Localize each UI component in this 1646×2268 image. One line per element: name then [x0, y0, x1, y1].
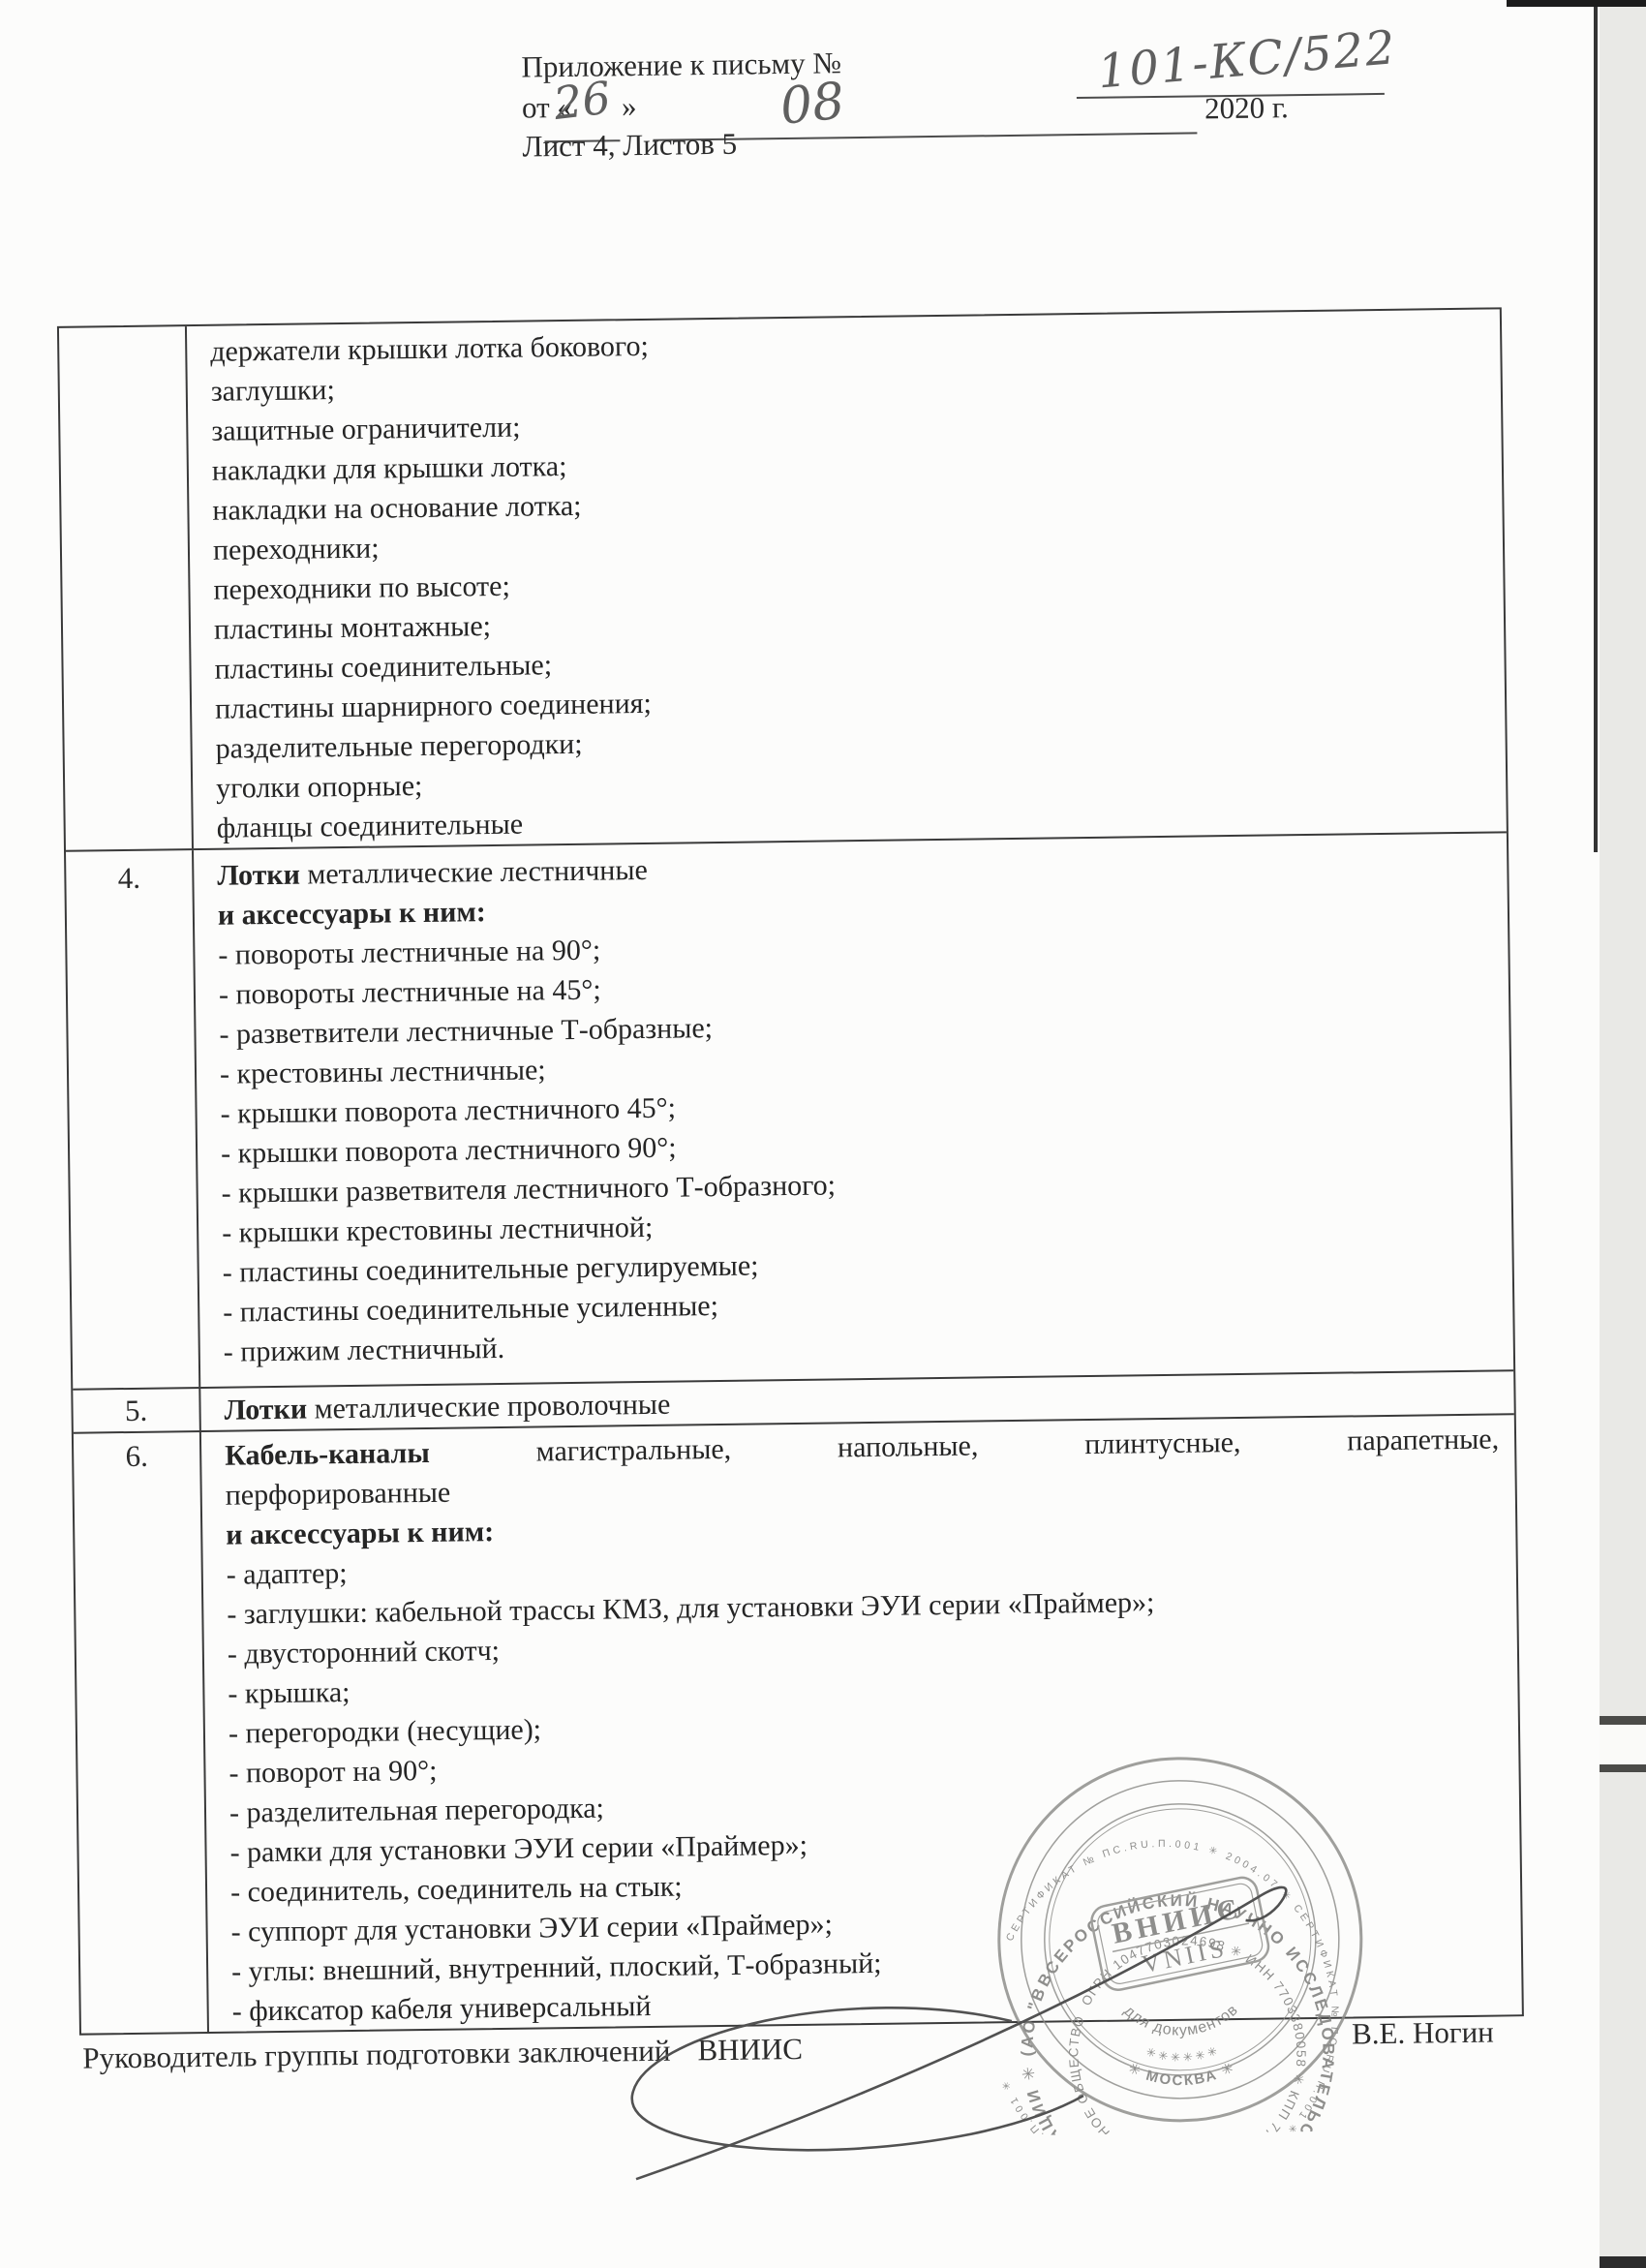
scan-edge-band	[1600, 1764, 1646, 1772]
scan-edge-bottom-cap	[1600, 2256, 1646, 2268]
scan-content: Приложение к письму № 101-КС/522 от « 26…	[0, 0, 1646, 2268]
scan-edge-gap	[1600, 1725, 1646, 1764]
signature-loop	[631, 2006, 1084, 2153]
scan-edge-strip	[1600, 0, 1646, 2268]
handwritten-signature	[0, 0, 1646, 2268]
scan-edge-band	[1600, 1716, 1646, 1725]
scanned-document-page: Приложение к письму № 101-КС/522 от « 26…	[0, 0, 1646, 2268]
scan-edge-top-cap	[1507, 0, 1646, 7]
scan-edge-line	[1594, 0, 1598, 852]
